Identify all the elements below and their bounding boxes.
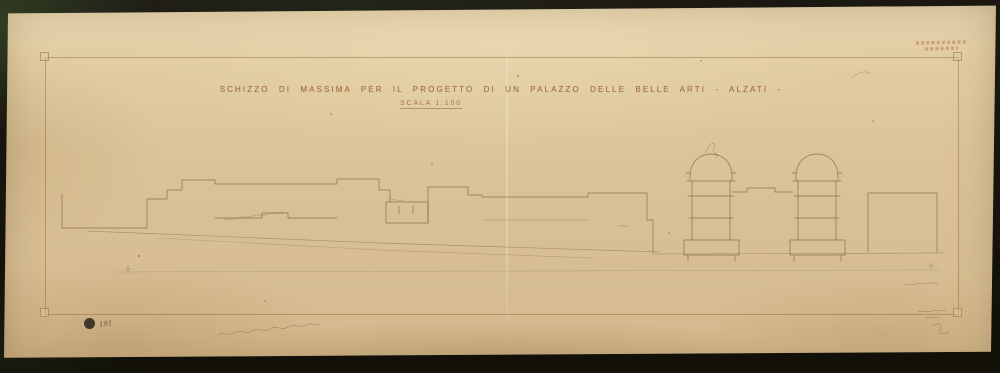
archive-stamp-line-1 (916, 42, 966, 43)
inventory-stamp-circle (84, 318, 95, 329)
datum-plus-marks (125, 263, 934, 272)
link-wall-parapet (732, 188, 793, 192)
ground-lines (88, 231, 944, 272)
paper-sheet: SCHIZZO DI MASSIMA PER IL PROGETTO DI UN… (0, 0, 1000, 373)
ground-slope-main (88, 231, 660, 252)
right-block-outline (868, 193, 937, 252)
tower-sketch-scribble (706, 143, 716, 158)
signature-block (918, 310, 949, 334)
handwriting-squiggles (218, 72, 938, 335)
stray-pencil-stroke (852, 72, 870, 78)
inventory-number: 191 (99, 319, 113, 328)
signature-line-1-squiggle (918, 310, 946, 312)
left-wall-base (215, 213, 337, 218)
photo-backdrop: SCHIZZO DI MASSIMA PER IL PROGETTO DI UN… (0, 0, 1000, 373)
left-tower-body (688, 181, 734, 240)
left-wing-outline (62, 179, 428, 228)
archive-stamp-top-right (916, 42, 966, 49)
right-tower (790, 154, 845, 261)
signature-line-2-squiggle (926, 317, 938, 318)
signature-flourish (932, 324, 949, 334)
mid-wing-outline (428, 187, 653, 253)
paper-crease (506, 25, 508, 345)
left-tower-dome (686, 154, 736, 181)
level-note-right-squiggle (905, 283, 938, 285)
right-tower-dome (792, 154, 842, 181)
mid-note-squiggle (618, 226, 628, 227)
elevation-drawing-svg (0, 0, 1000, 373)
left-tower-pedestal (684, 240, 739, 261)
left-tower (684, 154, 739, 261)
right-block (868, 193, 937, 252)
bottom-center-pencil-note-squiggle (218, 324, 320, 335)
right-tower-pedestal (790, 240, 845, 261)
left-buildings-skyline (62, 179, 390, 228)
right-tower-body (794, 181, 840, 240)
paper-specks (0, 0, 2, 2)
annex-note-squiggle (390, 200, 403, 201)
archive-stamp-line-2 (925, 48, 958, 49)
link-wall (732, 188, 793, 192)
datum-line (115, 270, 940, 272)
ground-base-right (653, 253, 944, 254)
low-annex-box (386, 202, 428, 223)
